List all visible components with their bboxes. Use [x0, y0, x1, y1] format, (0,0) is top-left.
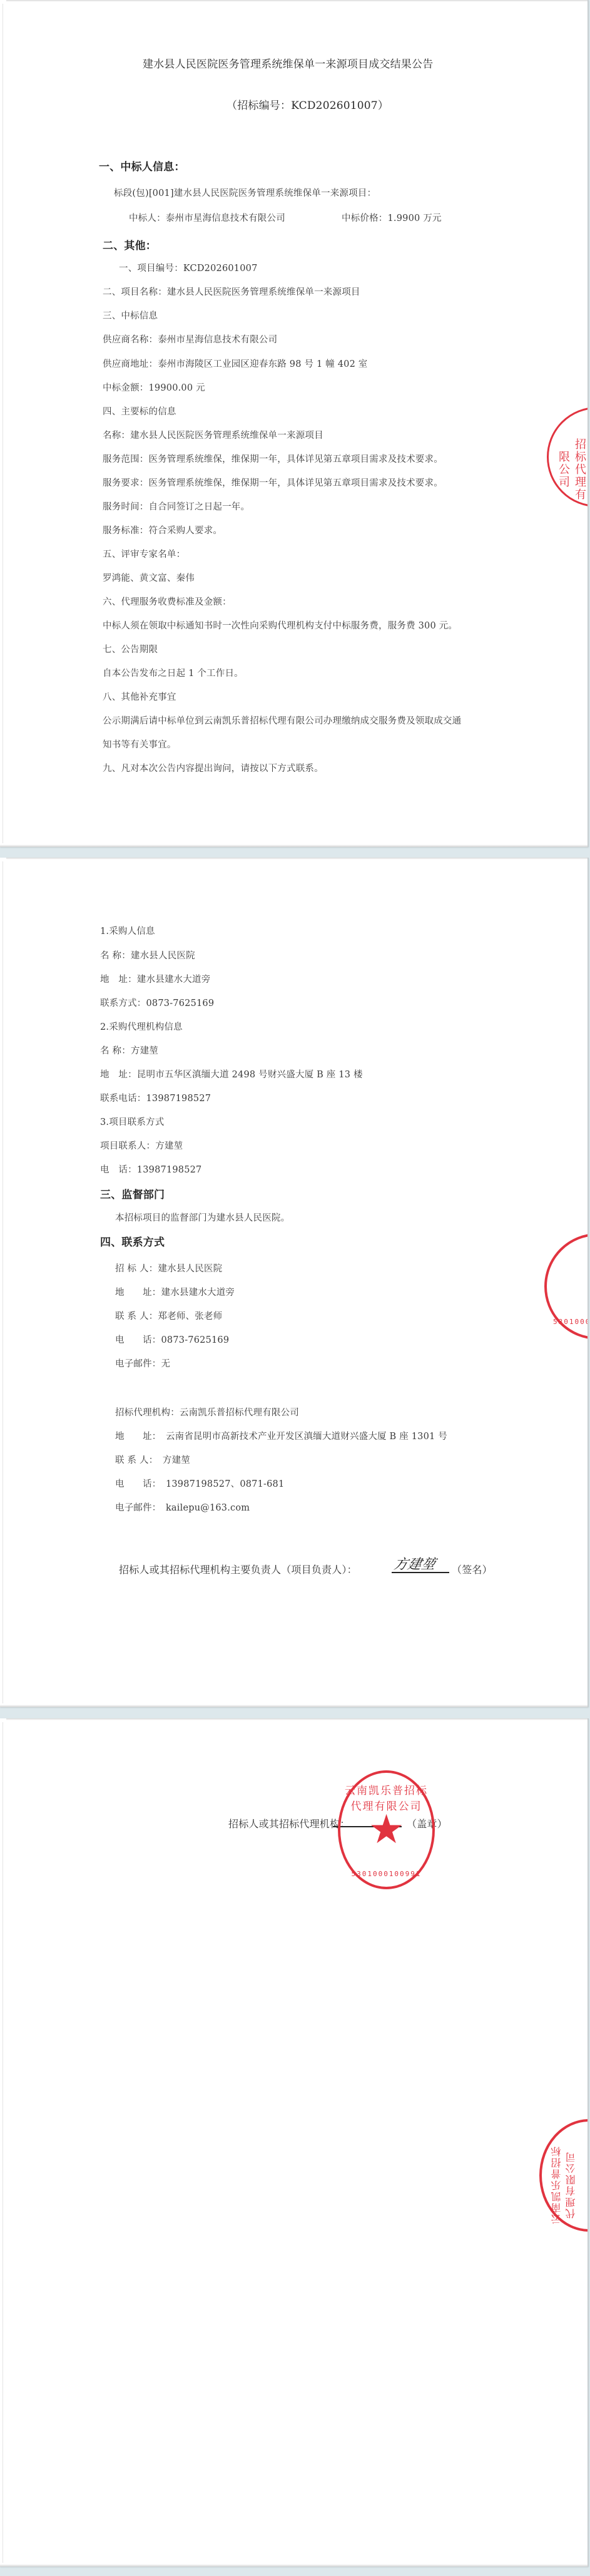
winner-price: 中标价格：1.9900 万元	[342, 211, 442, 224]
tenderer-email: 电子邮件：无	[115, 1357, 170, 1370]
project-contact-heading: 3.项目联系方式	[100, 1115, 164, 1128]
agency-fee-text: 中标人须在领取中标通知书时一次性向采购代理机构支付中标服务费，服务费 300 元…	[103, 618, 457, 632]
tender-agency-email: 电子邮件： kailepu@163.com	[115, 1501, 250, 1514]
item-agency-fee: 六、代理服务收费标准及金额：	[103, 595, 231, 608]
signature-underline	[392, 1572, 449, 1573]
document-page-2: 1.采购人信息 名 称：建水县人民医院 地 址：建水县建水大道旁 联系方式：08…	[0, 858, 589, 1707]
seal-star-icon: ★	[369, 1810, 404, 1850]
tender-agency-phone: 电 话： 13987198527、0871-681	[115, 1477, 284, 1490]
agency-address: 地 址：昆明市五华区滇缅大道 2498 号财兴盛大厦 B 座 13 楼	[100, 1067, 363, 1080]
scan-edge	[3, 4, 3, 843]
winner-name: 中标人：泰州市星海信息技术有限公司	[129, 211, 285, 224]
tender-agency-address: 地 址： 云南省昆明市高新技术产业开发区滇缅大道财兴盛大厦 B 座 1301 号	[115, 1429, 447, 1442]
item-project-number: 一、项目编号：KCD202601007	[119, 261, 258, 274]
tender-agency-contact: 联 系 人： 方建堃	[115, 1453, 190, 1466]
scan-edge	[3, 1722, 3, 2563]
scan-edge	[0, 2564, 587, 2567]
service-standard: 服务标准：符合采购人要求。	[103, 523, 222, 536]
document-page-1: 建水县人民医院医务管理系统维保单一来源项目成交结果公告 （招标编号：KCD202…	[0, 0, 589, 847]
tenderer-address: 地 址：建水县建水大道旁	[115, 1285, 235, 1298]
item-inquiry: 九、凡对本次公告内容提出询问，请按以下方式联系。	[103, 761, 323, 774]
notice-period-text: 自本公告发布之日起 1 个工作日。	[103, 666, 243, 679]
official-seal-partial: 云南凯乐普招标代理有限公司	[539, 2119, 589, 2232]
signature-suffix: （签名）	[452, 1562, 492, 1576]
handwritten-signature: 方建堃	[392, 1554, 438, 1573]
scan-edge	[0, 1705, 587, 1707]
service-requirement: 服务要求：医务管理系统维保，维保期一年，具体详见第五章项目需求及技术要求。	[103, 476, 443, 489]
supplier-name: 供应商名称：泰州市星海信息技术有限公司	[103, 332, 277, 346]
tender-number: （招标编号：KCD202601007）	[226, 96, 389, 112]
tenderer-phone: 电 话：0873-7625169	[115, 1333, 229, 1346]
section-heading-supervision: 三、监督部门	[100, 1186, 165, 1201]
subject-name: 名称：建水县人民医院医务管理系统维保单一来源项目	[103, 428, 323, 441]
official-seal-partial: ★ 5301000100991	[544, 1233, 589, 1340]
document-title: 建水县人民医院医务管理系统维保单一来源项目成交结果公告	[143, 55, 433, 71]
tenderer-contact: 联 系 人：郑老师、张老师	[115, 1309, 222, 1322]
agency-phone: 联系电话：13987198527	[100, 1091, 211, 1104]
tenderer-name: 招 标 人：建水县人民医院	[115, 1261, 222, 1275]
seal-text: 云南凯乐普招标代理有限公司	[549, 2140, 578, 2229]
purchaser-name: 名 称：建水县人民医院	[100, 948, 195, 962]
stamp-label: 招标人或其招标代理机构：	[228, 1816, 350, 1830]
other-matters-text-1: 公示期满后请中标单位到云南凯乐普招标代理有限公司办理缴纳成交服务费及领取成交通	[103, 714, 461, 727]
scan-edge	[6, 858, 587, 860]
official-seal: 云南凯乐普招标代理有限公司 ★ 5301000100991	[338, 1770, 435, 1889]
section-heading-winner: 一、中标人信息：	[99, 158, 185, 173]
section-heading-other: 二、其他：	[103, 237, 156, 252]
supplier-address: 供应商地址：泰州市海陵区工业园区迎春东路 98 号 1 幢 402 室	[103, 357, 368, 370]
item-notice-period: 七、公告期限	[103, 642, 158, 655]
purchaser-heading: 1.采购人信息	[100, 924, 155, 937]
seal-text: 云南凯乐普招标代理有限公司	[555, 434, 589, 505]
project-contact-phone: 电 话：13987198527	[100, 1162, 201, 1176]
item-other-matters: 八、其他补充事宜	[103, 690, 176, 703]
item-award-info: 三、中标信息	[103, 309, 158, 322]
item-expert-list: 五、评审专家名单：	[103, 547, 185, 560]
tender-agency-name: 招标代理机构：云南凯乐普招标代理有限公司	[115, 1405, 299, 1419]
project-contact-person: 项目联系人：方建堃	[100, 1139, 183, 1152]
item-main-subject: 四、主要标的信息	[103, 404, 176, 418]
purchaser-address: 地 址：建水县建水大道旁	[100, 972, 210, 985]
supervision-text: 本招标项目的监督部门为建水县人民医院。	[115, 1211, 290, 1224]
scan-edge	[3, 861, 3, 1703]
expert-names: 罗鸿能、黄文富、秦伟	[103, 571, 195, 584]
seal-code: 5301000100991	[553, 1318, 589, 1326]
other-matters-text-2: 知书等有关事宜。	[103, 737, 176, 751]
section-heading-contacts: 四、联系方式	[100, 1233, 165, 1249]
agency-heading: 2.采购代理机构信息	[100, 1020, 183, 1033]
seal-code: 5301000100991	[340, 1870, 432, 1878]
service-time: 服务时间：自合同签订之日起一年。	[103, 500, 250, 513]
item-project-name: 二、项目名称：建水县人民医院医务管理系统维保单一来源项目	[103, 285, 360, 298]
document-page-3: 招标人或其招标代理机构： （盖章） 云南凯乐普招标代理有限公司 ★ 530100…	[0, 1718, 589, 2567]
scan-edge	[6, 0, 587, 2]
scan-edge	[0, 844, 587, 847]
purchaser-contact: 联系方式：0873-7625169	[100, 996, 214, 1009]
official-seal-partial: 云南凯乐普招标代理有限公司	[547, 407, 589, 507]
service-scope: 服务范围：医务管理系统维保，维保期一年，具体详见第五章项目需求及技术要求。	[103, 452, 443, 465]
lot-line: 标段(包)[001]建水县人民医院医务管理系统维保单一来源项目：	[114, 186, 376, 199]
signature-label: 招标人或其招标代理机构主要负责人（项目负责人）：	[119, 1562, 357, 1576]
agency-name: 名 称：方建堃	[100, 1044, 158, 1057]
scan-edge	[6, 1718, 587, 1720]
award-amount: 中标金额：19900.00 元	[103, 381, 205, 394]
